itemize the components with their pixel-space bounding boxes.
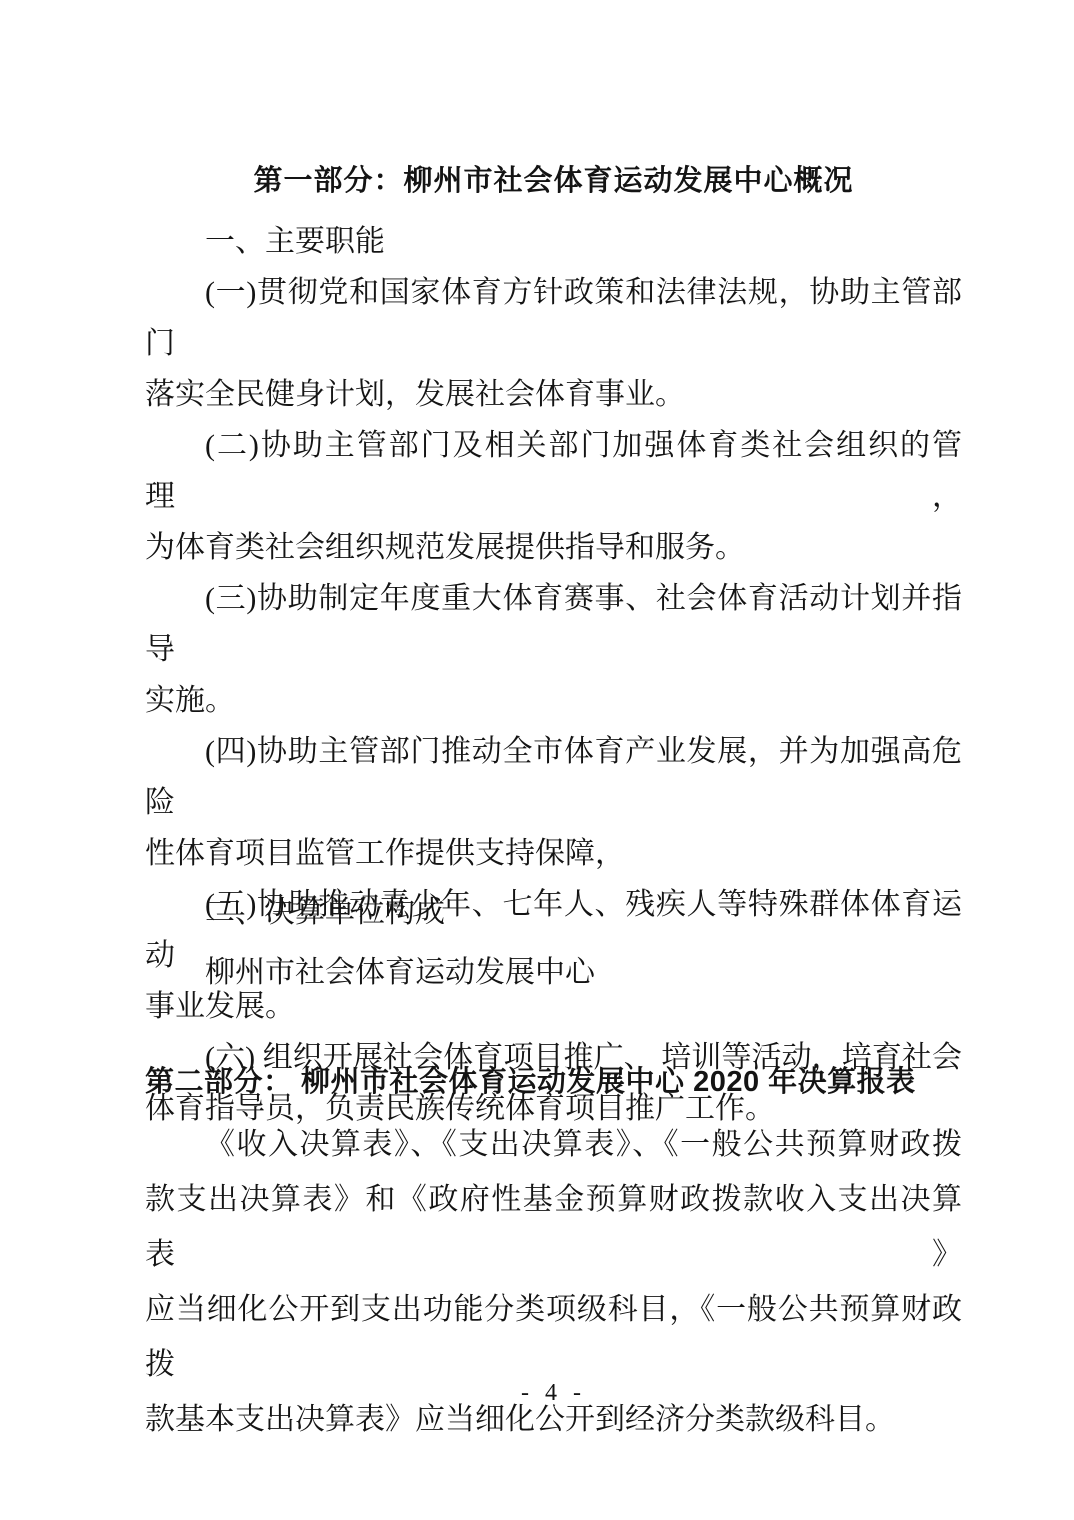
- page-number: - 4 -: [145, 1378, 962, 1408]
- paragraph-line: 落实全民健身计划，发展社会体育事业。: [145, 369, 962, 420]
- paragraph-line: 性体育项目监管工作提供支持保障，: [145, 828, 962, 879]
- document-page: 第一部分：柳州市社会体育运动发展中心概况 一、主要职能 (一)贯彻党和国家体育方…: [0, 0, 1074, 1520]
- paragraph-line: (四)协助主管部门推动全市体育产业发展，并为加强高危险: [145, 726, 962, 828]
- paragraph-line: 应当细化公开到支出功能分类项级科目，《一般公共预算财政拨: [145, 1282, 962, 1392]
- section1-subsection: 二、决算单位构成 柳州市社会体育运动发展中心: [145, 883, 962, 1003]
- paragraph-line: (二)协助主管部门及相关部门加强体育类社会组织的管理，: [145, 420, 962, 522]
- paragraph-line: 一、主要职能: [145, 216, 962, 267]
- section1-title: 第一部分：柳州市社会体育运动发展中心概况: [145, 155, 962, 207]
- paragraph-line: 《收入决算表》、《支出决算表》、《一般公共预算财政拨: [145, 1117, 962, 1172]
- unit-name-line: 柳州市社会体育运动发展中心: [145, 943, 962, 1003]
- paragraph-line: 为体育类社会组织规范发展提供指导和服务。: [145, 522, 962, 573]
- paragraph-line: 实施。: [145, 675, 962, 726]
- subsection-heading: 二、决算单位构成: [145, 883, 962, 943]
- paragraph-line: (三)协助制定年度重大体育赛事、社会体育活动计划并指导: [145, 573, 962, 675]
- paragraph-line: (一)贯彻党和国家体育方针政策和法律法规，协助主管部门: [145, 267, 962, 369]
- section2-title: 第二部分： 柳州市社会体育运动发展中心 2020 年决算报表: [145, 1055, 962, 1110]
- paragraph-line: 款支出决算表》和《政府性基金预算财政拨款收入支出决算表》: [145, 1172, 962, 1282]
